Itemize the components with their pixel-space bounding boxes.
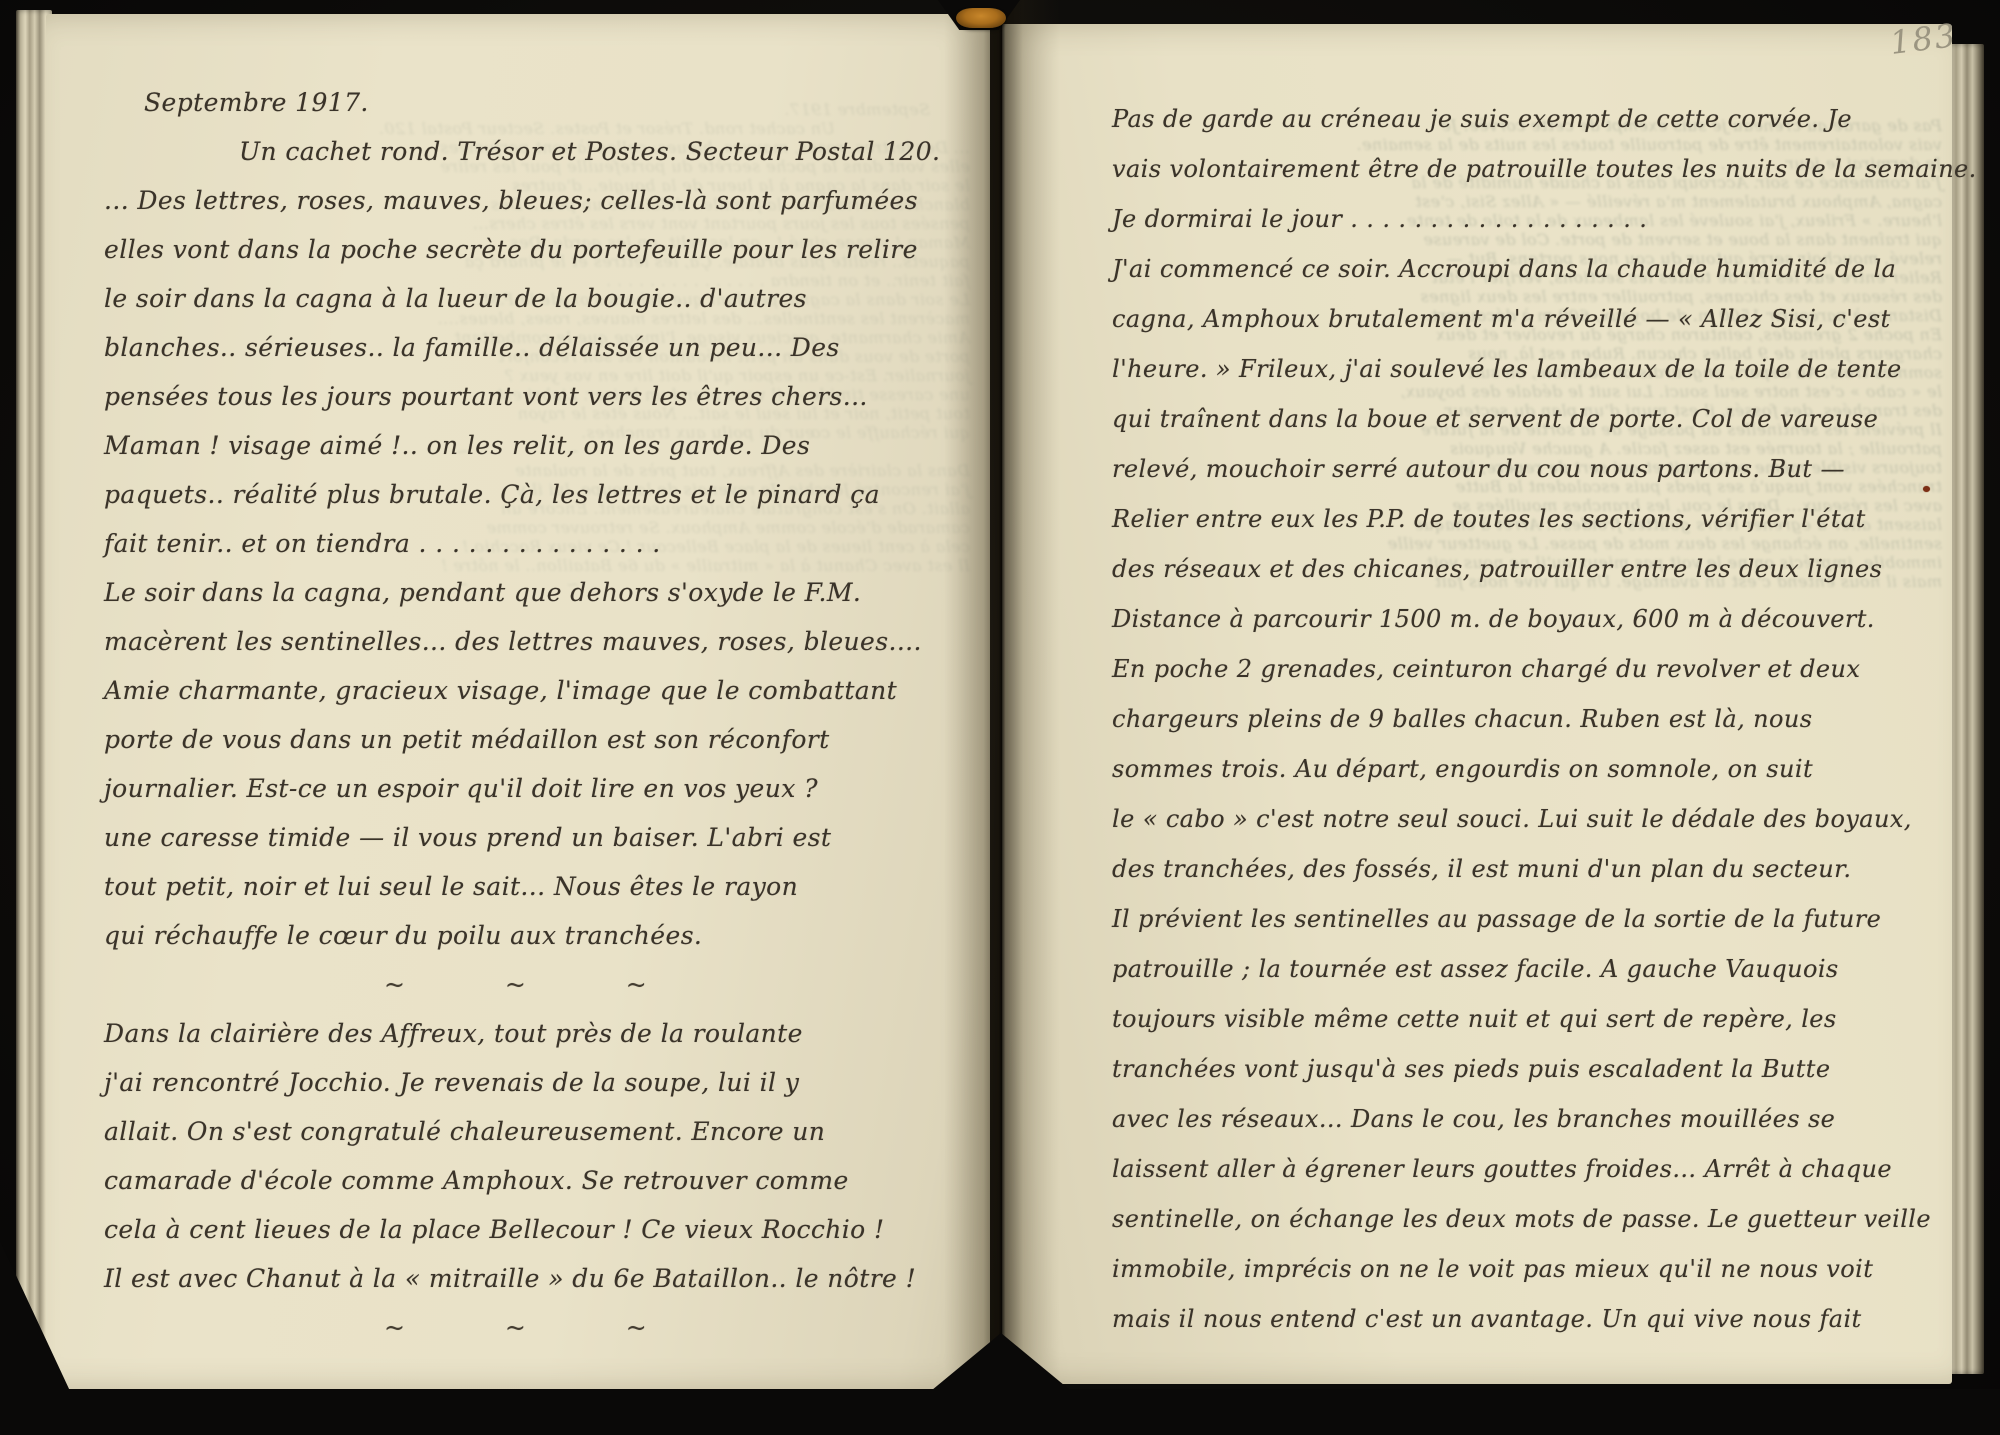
page-number: 183 <box>1888 16 1959 62</box>
left-page-text: Septembre 1917. Un cachet rond. Trésor e… <box>104 78 970 1352</box>
handwriting-line: Maman ! visage aimé !.. on les relit, on… <box>104 421 970 470</box>
handwriting-line: Amie charmante, gracieux visage, l'image… <box>104 666 970 715</box>
handwriting-line: Pas de garde au créneau je suis exempt d… <box>1112 94 1942 144</box>
left-page: Septembre 1917. Un cachet rond. Trésor e… <box>46 14 990 1390</box>
handwriting-line: qui traînent dans la boue et servent de … <box>1112 394 1942 444</box>
handwriting-line: laissent aller à égrener leurs gouttes f… <box>1112 1144 1942 1194</box>
right-page-text: Pas de garde au créneau je suis exempt d… <box>1112 94 1942 1344</box>
handwriting-line: patrouille ; la tournée est assez facile… <box>1112 944 1942 994</box>
handwriting-line: Le soir dans la cagna, pendant que dehor… <box>104 568 970 617</box>
handwriting-line: Dans la clairière des Affreux, tout près… <box>104 1009 970 1058</box>
handwriting-line: des réseaux et des chicanes, patrouiller… <box>1112 544 1942 594</box>
right-page: Pas de garde au créneau je suis exempt d… <box>1002 24 1952 1384</box>
handwriting-line: macèrent les sentinelles... des lettres … <box>104 617 970 666</box>
handwriting-line: Il prévient les sentinelles au passage d… <box>1112 894 1942 944</box>
handwriting-line: le « cabo » c'est notre seul souci. Lui … <box>1112 794 1942 844</box>
handwriting-line: chargeurs pleins de 9 balles chacun. Rub… <box>1112 694 1942 744</box>
handwriting-line: journalier. Est-ce un espoir qu'il doit … <box>104 764 970 813</box>
handwriting-line: Je dormirai le jour . . . . . . . . . . … <box>1112 194 1942 244</box>
handwriting-line: relevé, mouchoir serré autour du cou nou… <box>1112 444 1942 494</box>
handwriting-line: fait tenir.. et on tiendra . . . . . . .… <box>104 519 970 568</box>
handwriting-line: J'ai commencé ce soir. Accroupi dans la … <box>1112 244 1942 294</box>
handwriting-line: l'heure. » Frileux, j'ai soulevé les lam… <box>1112 344 1942 394</box>
date-heading: Septembre 1917. <box>104 78 970 127</box>
handwriting-line: Il est avec Chanut à la « mitraille » du… <box>104 1254 970 1303</box>
handwriting-line: ... Des lettres, roses, mauves, bleues; … <box>104 176 970 225</box>
handwriting-line: porte de vous dans un petit médaillon es… <box>104 715 970 764</box>
section-separator: ~ ~ ~ <box>104 1303 970 1352</box>
handwriting-line: cela à cent lieues de la place Bellecour… <box>104 1205 970 1254</box>
bottom-background-band <box>0 1389 2000 1435</box>
handwriting-line: allait. On s'est congratulé chaleureusem… <box>104 1107 970 1156</box>
handwriting-line: avec les réseaux... Dans le cou, les bra… <box>1112 1094 1942 1144</box>
handwriting-line: En poche 2 grenades, ceinturon chargé du… <box>1112 644 1942 694</box>
handwriting-line: Distance à parcourir 1500 m. de boyaux, … <box>1112 594 1942 644</box>
page-edges-right <box>1950 44 1984 1374</box>
handwriting-line: vais volontairement être de patrouille t… <box>1112 144 1942 194</box>
handwriting-line: des tranchées, des fossés, il est muni d… <box>1112 844 1942 894</box>
headband <box>956 8 1006 28</box>
handwriting-line: camarade d'école comme Amphoux. Se retro… <box>104 1156 970 1205</box>
handwriting-line: sentinelle, on échange les deux mots de … <box>1112 1194 1942 1244</box>
handwriting-line: elles vont dans la poche secrète du port… <box>104 225 970 274</box>
handwriting-line: une caresse timide — il vous prend un ba… <box>104 813 970 862</box>
handwriting-line: toujours visible même cette nuit et qui … <box>1112 994 1942 1044</box>
handwriting-line: Relier entre eux les P.P. de toutes les … <box>1112 494 1942 544</box>
ink-speck <box>1923 486 1930 492</box>
handwriting-line: pensées tous les jours pourtant vont ver… <box>104 372 970 421</box>
handwriting-line: Un cachet rond. Trésor et Postes. Secteu… <box>104 127 970 176</box>
book-scan-photo: Septembre 1917. Un cachet rond. Trésor e… <box>0 0 2000 1435</box>
handwriting-line: j'ai rencontré Jocchio. Je revenais de l… <box>104 1058 970 1107</box>
section-separator: ~ ~ ~ <box>104 960 970 1009</box>
handwriting-line: paquets.. réalité plus brutale. Çà, les … <box>104 470 970 519</box>
handwriting-line: tout petit, noir et lui seul le sait... … <box>104 862 970 911</box>
handwriting-line: blanches.. sérieuses.. la famille.. déla… <box>104 323 970 372</box>
handwriting-line: immobile, imprécis on ne le voit pas mie… <box>1112 1244 1942 1294</box>
handwriting-line: sommes trois. Au départ, engourdis on so… <box>1112 744 1942 794</box>
handwriting-line: cagna, Amphoux brutalement m'a réveillé … <box>1112 294 1942 344</box>
handwriting-line: le soir dans la cagna à la lueur de la b… <box>104 274 970 323</box>
handwriting-line: tranchées vont jusqu'à ses pieds puis es… <box>1112 1044 1942 1094</box>
handwriting-line: mais il nous entend c'est un avantage. U… <box>1112 1294 1942 1344</box>
handwriting-line: qui réchauffe le cœur du poilu aux tranc… <box>104 911 970 960</box>
